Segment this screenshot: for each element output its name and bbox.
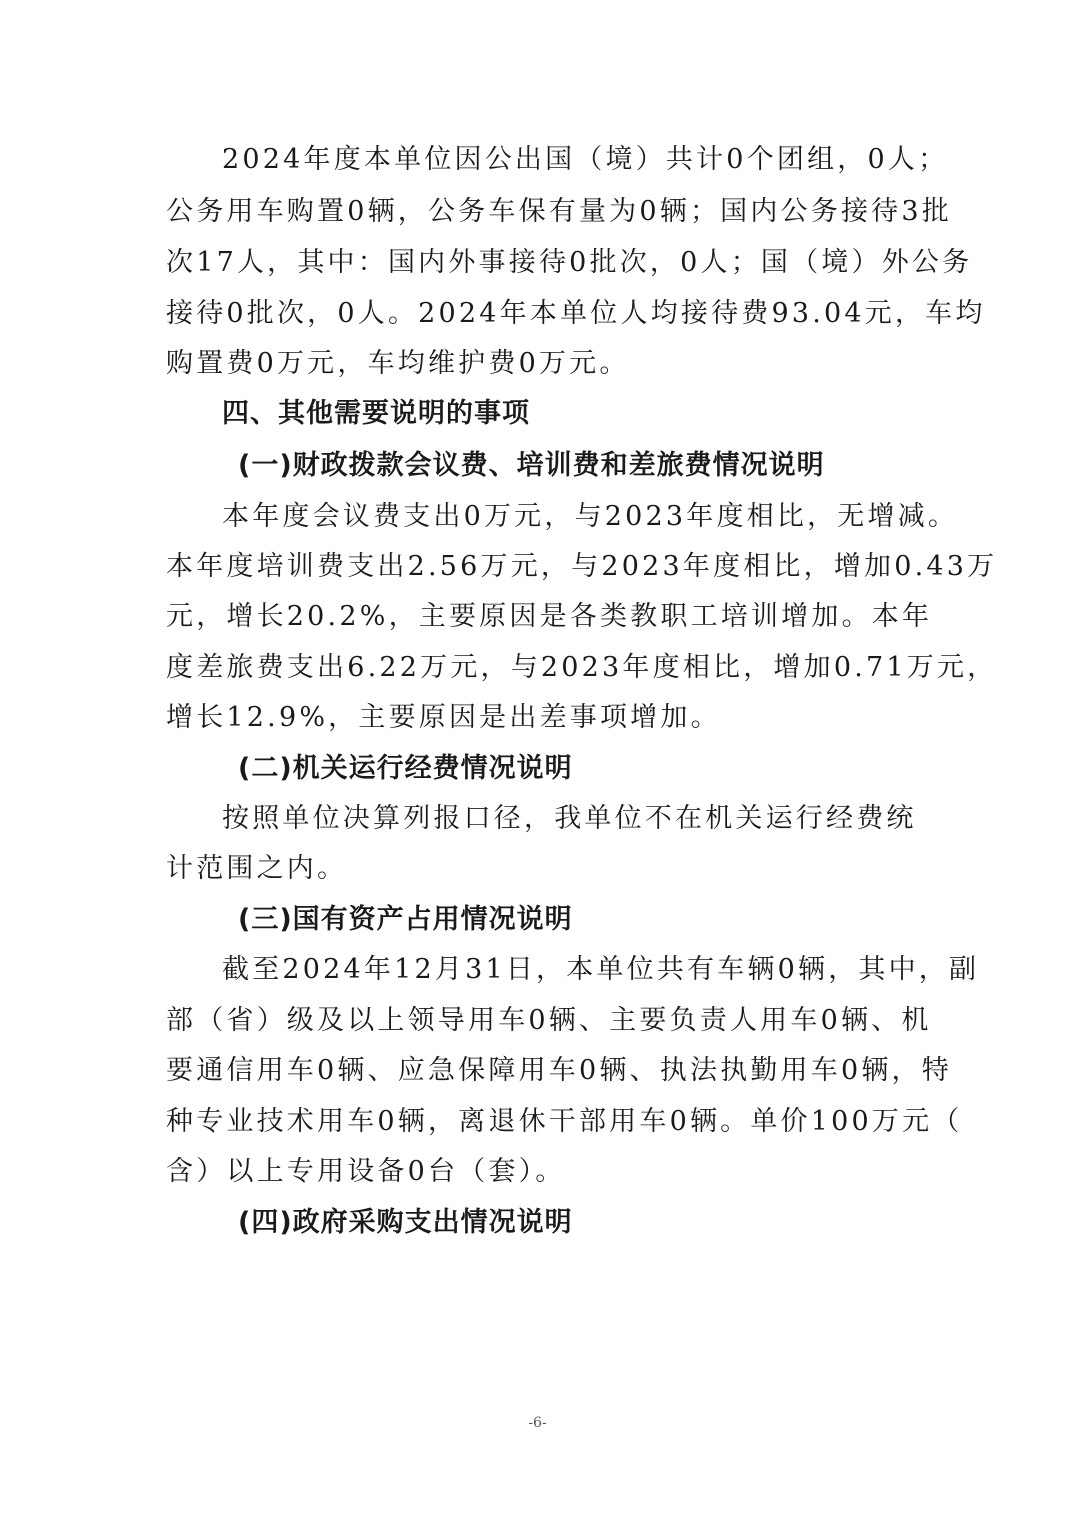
paragraph-line: 公务用车购置0辆，公务车保有量为0辆；国内公务接待3批 bbox=[166, 195, 926, 229]
paragraph-line: 要通信用车0辆、应急保障用车0辆、执法执勤用车0辆，特 bbox=[166, 1054, 926, 1088]
subsection-heading: (二)机关运行经费情况说明 bbox=[238, 752, 573, 786]
paragraph-line: 本年度培训费支出2.56万元，与2023年度相比，增加0.43万 bbox=[166, 550, 926, 584]
paragraph-line: 增长12.9%，主要原因是出差事项增加。 bbox=[166, 701, 926, 735]
paragraph-line: 本年度会议费支出0万元，与2023年度相比，无增减。 bbox=[222, 500, 982, 534]
paragraph-line: 计范围之内。 bbox=[166, 852, 926, 886]
paragraph-line: 次17人，其中：国内外事接待0批次，0人；国（境）外公务 bbox=[166, 246, 926, 280]
subsection-heading: (一)财政拨款会议费、培训费和差旅费情况说明 bbox=[238, 449, 825, 483]
paragraph-line: 2024年度本单位因公出国（境）共计0个团组，0人； bbox=[222, 143, 982, 177]
paragraph-line: 度差旅费支出6.22万元，与2023年度相比，增加0.71万元， bbox=[166, 651, 926, 685]
subsection-heading: (四)政府采购支出情况说明 bbox=[238, 1206, 573, 1240]
page-number: -6- bbox=[0, 1415, 1075, 1431]
paragraph-line: 截至2024年12月31日，本单位共有车辆0辆，其中，副 bbox=[222, 953, 982, 987]
subsection-heading: (三)国有资产占用情况说明 bbox=[238, 903, 573, 937]
paragraph-line: 种专业技术用车0辆，离退休干部用车0辆。单价100万元（ bbox=[166, 1105, 926, 1139]
paragraph-line: 含）以上专用设备0台（套）。 bbox=[166, 1155, 926, 1189]
paragraph-line: 部（省）级及以上领导用车0辆、主要负责人用车0辆、机 bbox=[166, 1004, 926, 1038]
section-heading: 四、其他需要说明的事项 bbox=[222, 397, 530, 431]
paragraph-line: 购置费0万元，车均维护费0万元。 bbox=[166, 347, 926, 381]
paragraph-line: 元，增长20.2%，主要原因是各类教职工培训增加。本年 bbox=[166, 600, 926, 634]
document-page: 2024年度本单位因公出国（境）共计0个团组，0人； 公务用车购置0辆，公务车保… bbox=[0, 0, 1075, 1520]
paragraph-line: 按照单位决算列报口径，我单位不在机关运行经费统 bbox=[222, 802, 982, 836]
paragraph-line: 接待0批次，0人。2024年本单位人均接待费93.04元，车均 bbox=[166, 297, 926, 331]
